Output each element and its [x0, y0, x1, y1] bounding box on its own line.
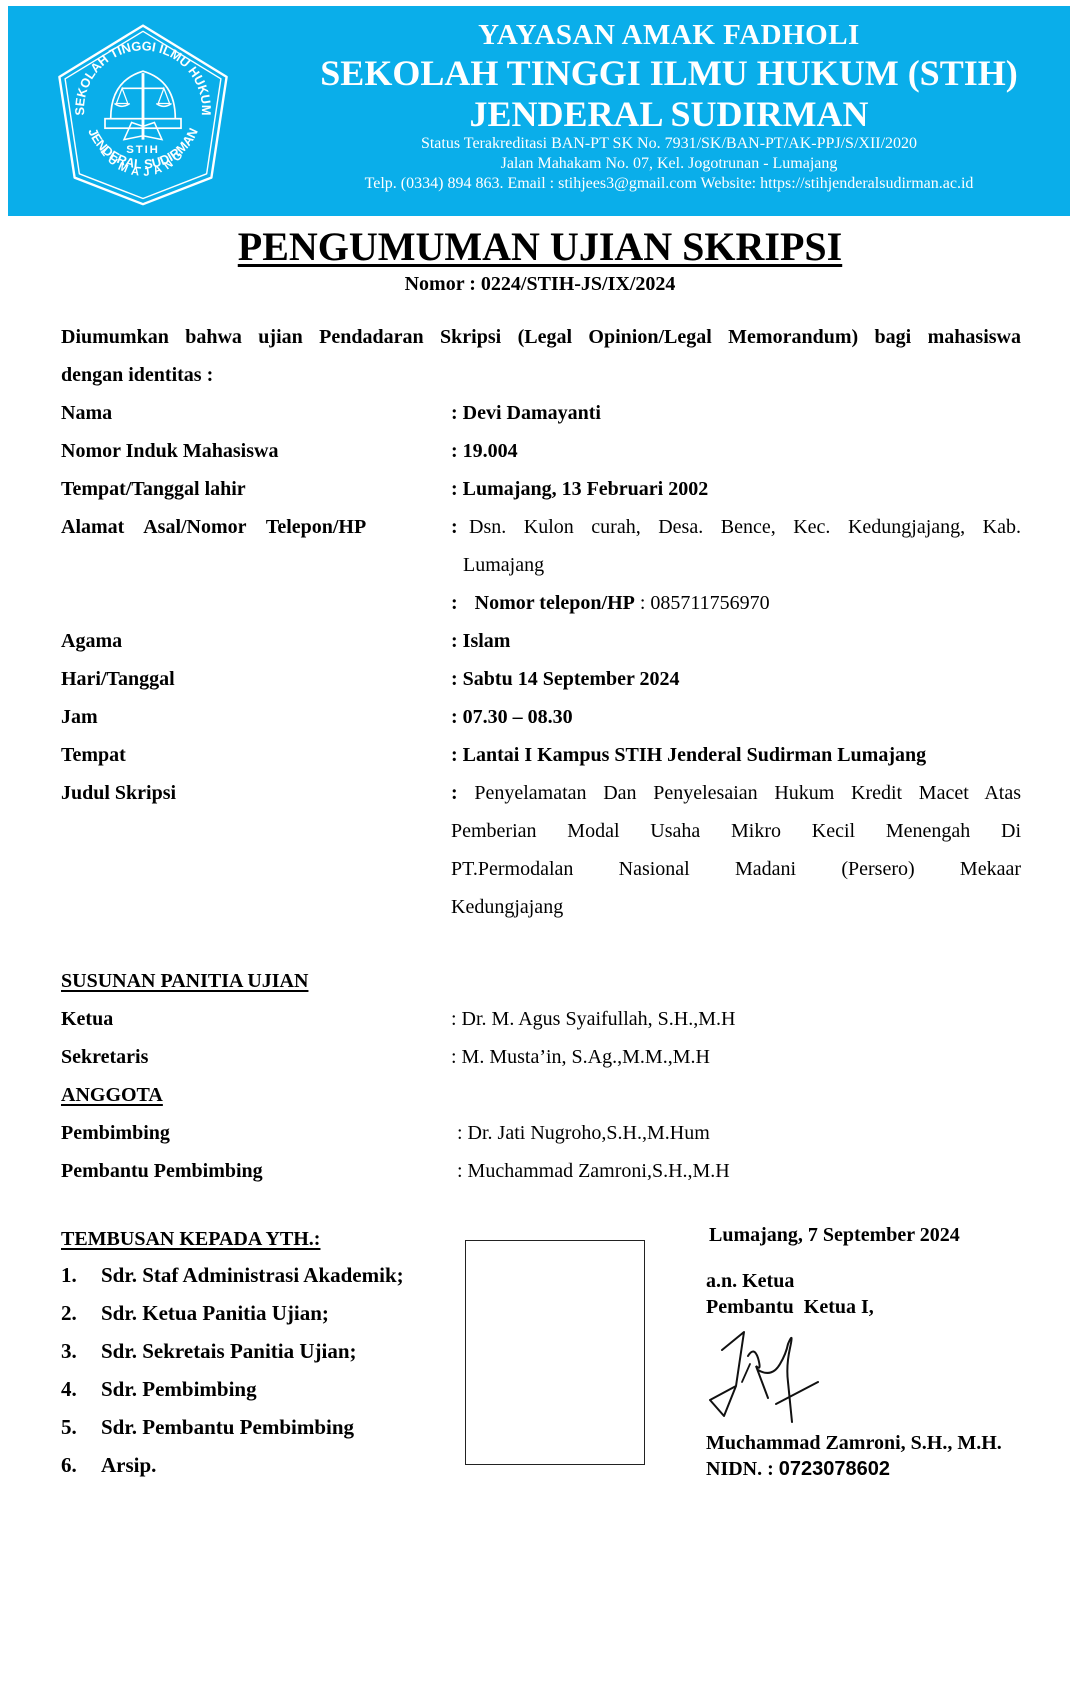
carbon-copy-heading: TEMBUSAN KEPADA YTH.: — [61, 1226, 320, 1252]
school-contact: Telp. (0334) 894 863. Email : stihjees3@… — [278, 174, 1060, 194]
list-number: 4. — [61, 1374, 77, 1404]
school-name-line2: JENDERAL SUDIRMAN — [278, 94, 1060, 134]
school-name: SEKOLAH TINGGI ILMU HUKUM (STIH) — [278, 52, 1060, 94]
svg-text:STIH: STIH — [126, 144, 160, 156]
committee-heading: SUSUNAN PANITIA UJIAN — [61, 962, 308, 1000]
list-number: 2. — [61, 1298, 77, 1328]
document-title: PENGUMUMAN UJIAN SKRIPSI — [0, 224, 1080, 270]
letterhead-banner: SEKOLAH TINGGI ILMU HUKUM JENDERAL SUDIR… — [8, 6, 1070, 216]
on-behalf-of: a.n. Ketua — [706, 1268, 794, 1294]
signer-name: Muchammad Zamroni, S.H., M.H. — [706, 1430, 1002, 1456]
list-number: 1. — [61, 1260, 77, 1290]
list-text: Sdr. Pembantu Pembimbing — [101, 1412, 354, 1442]
field-value: : Devi Damayanti — [451, 394, 1021, 432]
place-date: Lumajang, 7 September 2024 — [709, 1222, 960, 1248]
list-text: Arsip. — [101, 1450, 156, 1480]
handwritten-signature-icon — [706, 1326, 836, 1426]
list-number: 6. — [61, 1450, 77, 1480]
list-number: 3. — [61, 1336, 77, 1366]
foundation-name: YAYASAN AMAK FADHOLI — [278, 18, 1060, 52]
list-text: Sdr. Staf Administrasi Akademik; — [101, 1260, 404, 1290]
accreditation-status: Status Terakreditasi BAN-PT SK No. 7931/… — [278, 134, 1060, 154]
list-text: Sdr. Sekretais Panitia Ujian; — [101, 1336, 357, 1366]
thesis-title: : Penyelamatan Dan Penyelesaian Hukum Kr… — [451, 774, 1021, 926]
photo-placeholder — [465, 1240, 645, 1465]
field-label: Nama — [61, 394, 112, 432]
intro-paragraph: Diumumkan bahwa ujian Pendadaran Skripsi… — [61, 318, 1021, 394]
document-number: Nomor : 0224/STIH-JS/IX/2024 — [0, 272, 1080, 296]
stih-seal-logo-icon: SEKOLAH TINGGI ILMU HUKUM JENDERAL SUDIR… — [48, 18, 238, 208]
school-address: Jalan Mahakam No. 07, Kel. Jogotrunan - … — [278, 154, 1060, 174]
members-heading: ANGGOTA — [61, 1076, 163, 1114]
signer-nidn: NIDN. : 0723078602 — [706, 1456, 890, 1482]
list-text: Sdr. Ketua Panitia Ujian; — [101, 1298, 329, 1328]
signer-role: Pembantu Ketua I, — [706, 1294, 874, 1320]
list-text: Sdr. Pembimbing — [101, 1374, 257, 1404]
list-number: 5. — [61, 1412, 77, 1442]
